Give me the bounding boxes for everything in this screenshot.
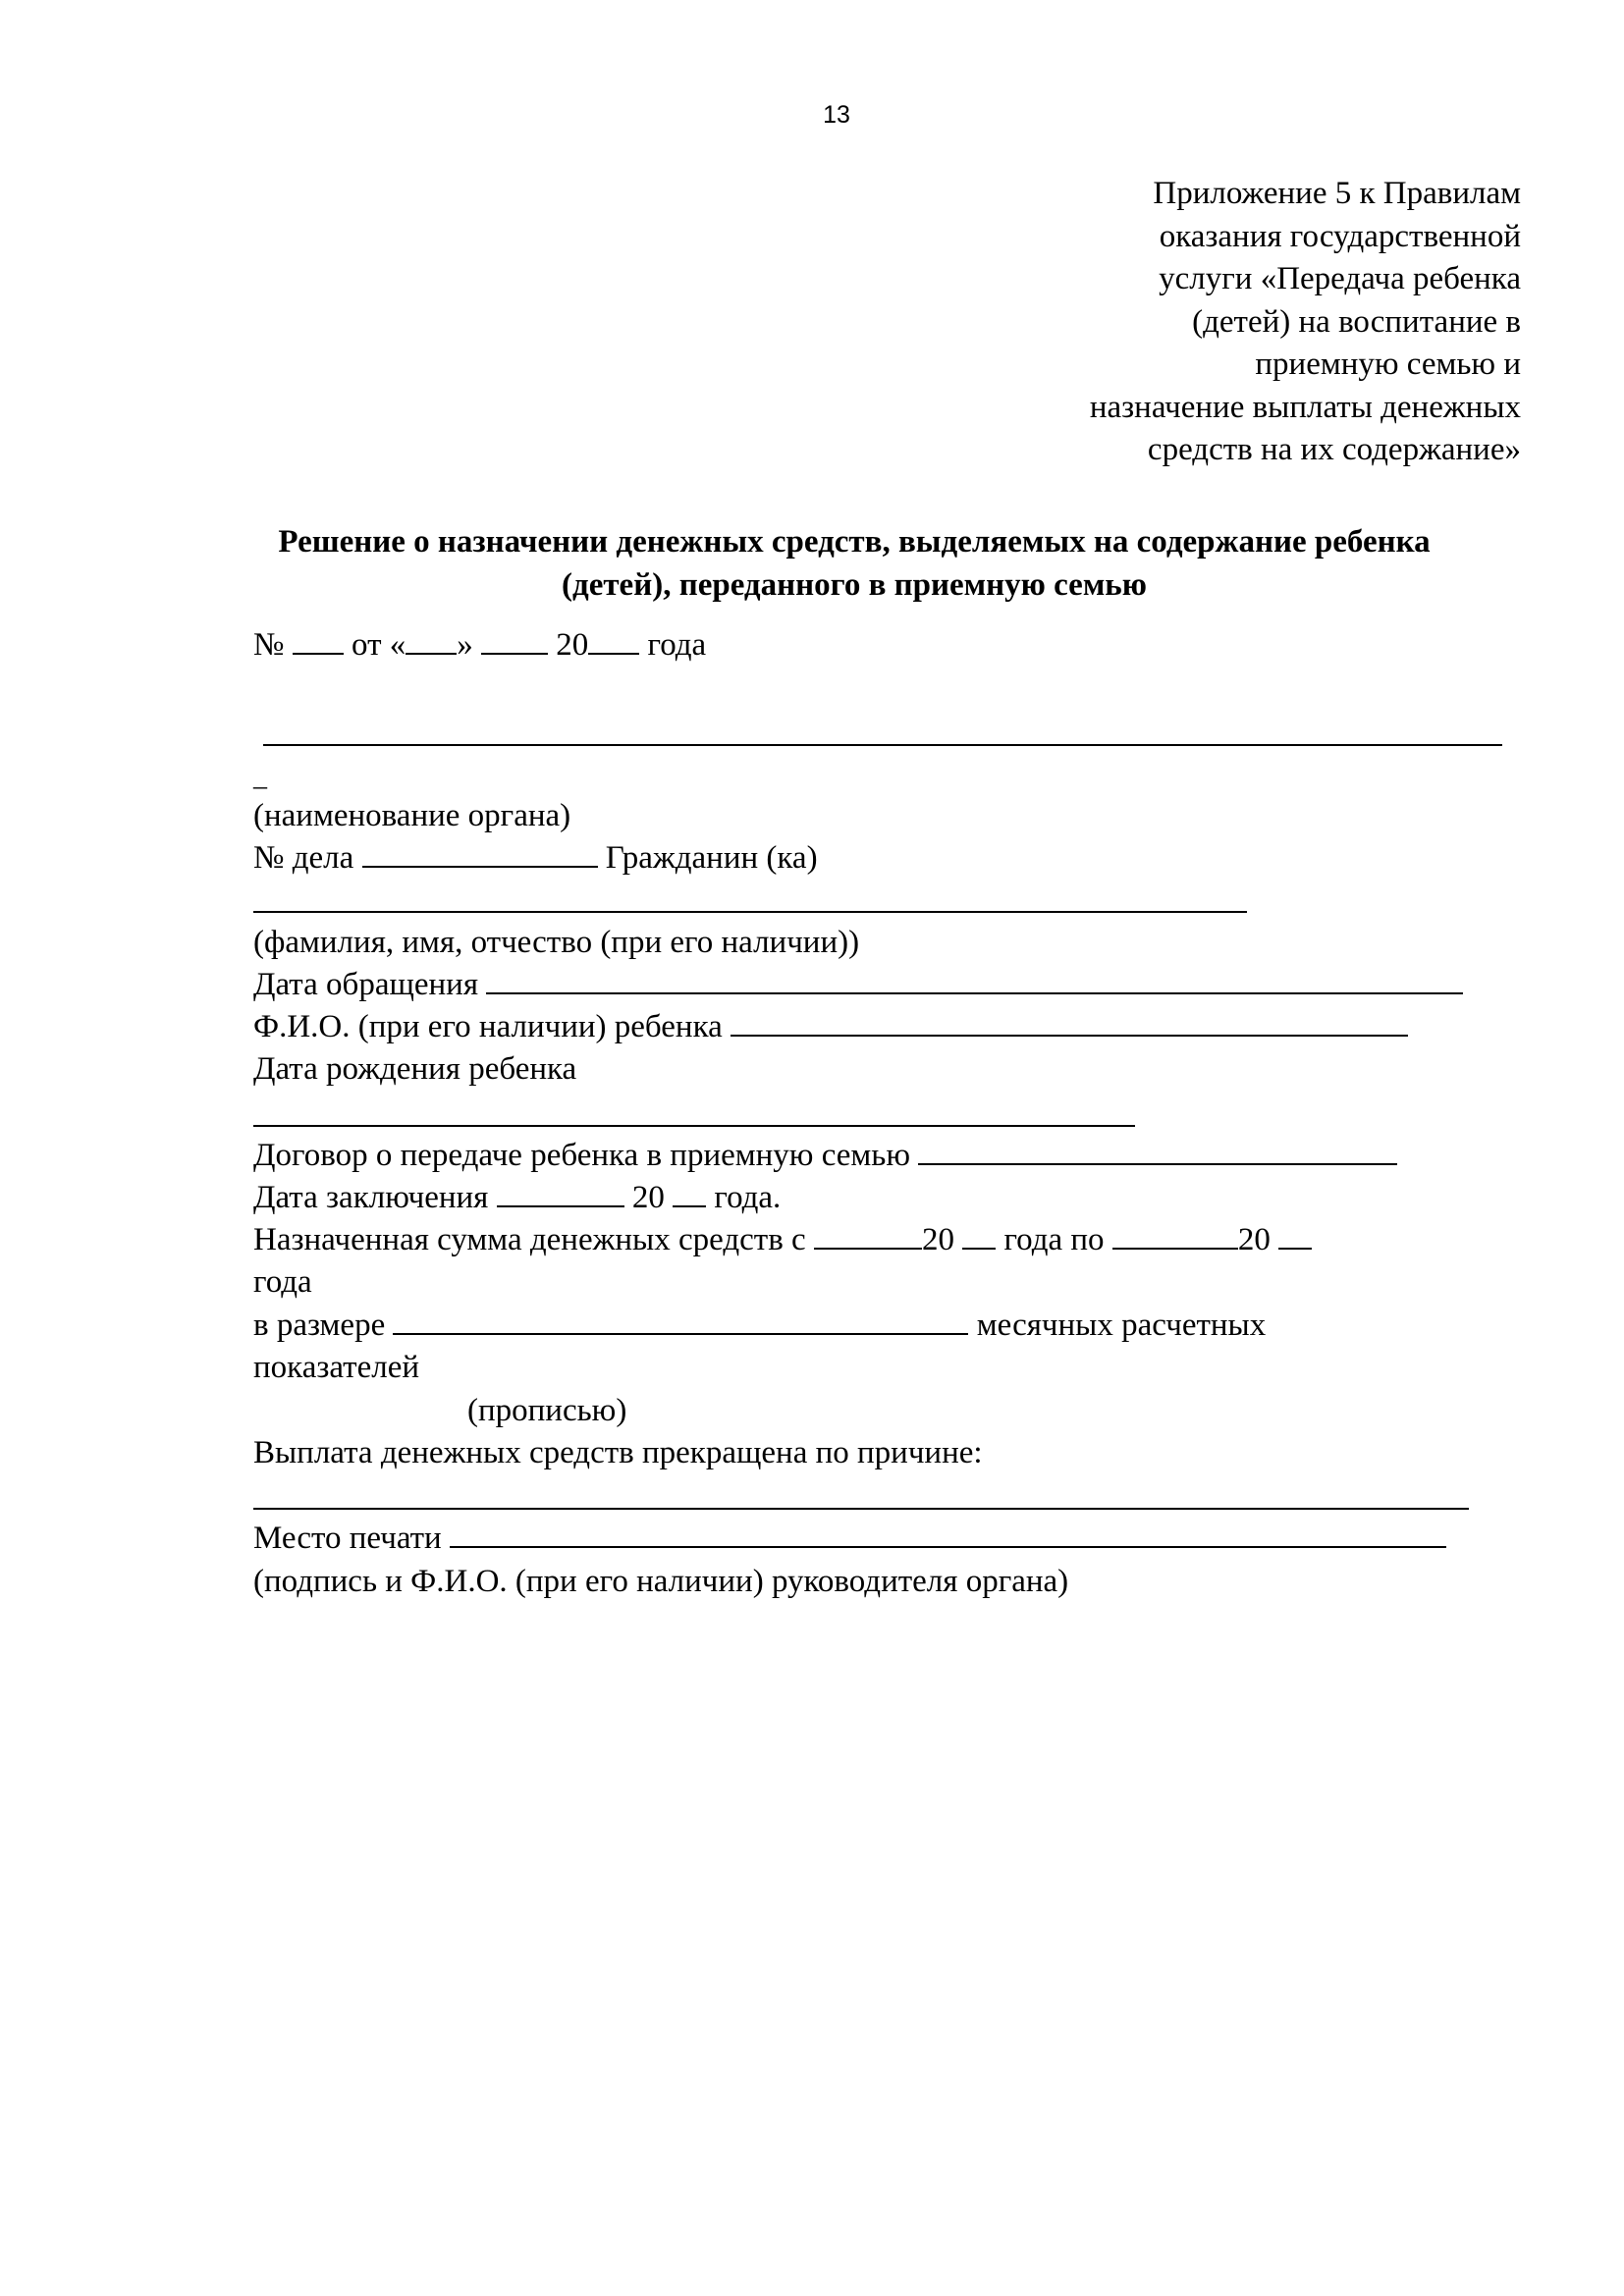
quote-close: »	[457, 627, 473, 663]
authority-caption: (наименование органа)	[253, 795, 570, 837]
sum-to-label: года по	[1003, 1222, 1104, 1257]
conclusion-date-label: Дата заключения	[253, 1180, 488, 1215]
child-birth-label: Дата рождения ребенка	[253, 1048, 576, 1091]
sum-label: Назначенная сумма денежных средств с	[253, 1222, 806, 1257]
decision-number-line: № от «» 20 года	[253, 624, 706, 667]
amount-line: в размере месячных расчетных	[253, 1305, 1266, 1347]
appendix-line: средств на их содержание»	[834, 429, 1521, 472]
seal-label: Место печати	[253, 1521, 442, 1556]
signature-field[interactable]	[450, 1521, 1446, 1548]
sum-year-suffix: года	[253, 1261, 312, 1304]
amount-field[interactable]	[393, 1308, 968, 1335]
appendix-line: назначение выплаты денежных	[834, 387, 1521, 430]
appendix-header: Приложение 5 к Правилам оказания государ…	[834, 173, 1521, 472]
sum-year-prefix-2: 20	[1238, 1222, 1271, 1257]
conclusion-date-line: Дата заключения 20 года.	[253, 1177, 781, 1219]
from-label: от «	[352, 627, 406, 663]
sum-year-prefix-1: 20	[922, 1222, 954, 1257]
case-line: № дела Гражданин (ка)	[253, 837, 818, 880]
child-name-label: Ф.И.О. (при его наличии) ребенка	[253, 1009, 723, 1044]
conclusion-year-suffix: года.	[714, 1180, 781, 1215]
amount-units-cont: показателей	[253, 1347, 419, 1389]
number-label: №	[253, 627, 285, 663]
case-label: № дела	[253, 840, 353, 876]
page-number: 13	[0, 100, 1624, 130]
application-date-label: Дата обращения	[253, 967, 478, 1002]
decision-day-field[interactable]	[406, 627, 457, 655]
document-title: Решение о назначении денежных средств, в…	[167, 520, 1542, 607]
termination-label: Выплата денежных средств прекращена по п…	[253, 1432, 983, 1474]
contract-line: Договор о передаче ребенка в приемную се…	[253, 1135, 1397, 1177]
appendix-line: Приложение 5 к Правилам	[834, 173, 1521, 216]
citizen-caption: (фамилия, имя, отчество (при его наличии…	[253, 922, 859, 964]
conclusion-date-field[interactable]	[497, 1180, 624, 1207]
conclusion-year-prefix: 20	[632, 1180, 665, 1215]
sum-from-date-field[interactable]	[814, 1222, 922, 1250]
overflow-underscore: _	[253, 756, 267, 798]
amount-label: в размере	[253, 1308, 385, 1343]
contract-label: Договор о передаче ребенка в приемную се…	[253, 1138, 910, 1173]
appendix-line: услуги «Передача ребенка	[834, 258, 1521, 301]
appendix-line: оказания государственной	[834, 216, 1521, 259]
decision-year-field[interactable]	[588, 627, 639, 655]
title-line-2: (детей), переданного в приемную семью	[167, 563, 1542, 607]
signature-caption: (подпись и Ф.И.О. (при его наличии) руко…	[253, 1561, 1068, 1603]
year-prefix: 20	[556, 627, 588, 663]
citizen-label: Гражданин (ка)	[606, 840, 818, 876]
amount-caption: (прописью)	[467, 1390, 626, 1432]
contract-field[interactable]	[918, 1138, 1397, 1165]
appendix-line: (детей) на воспитание в	[834, 301, 1521, 345]
case-number-field[interactable]	[362, 840, 598, 868]
termination-reason-field[interactable]	[253, 1508, 1469, 1510]
child-name-line: Ф.И.О. (при его наличии) ребенка	[253, 1006, 1408, 1048]
application-date-field[interactable]	[486, 967, 1463, 994]
child-birth-field[interactable]	[253, 1125, 1135, 1127]
sum-to-date-field[interactable]	[1112, 1222, 1238, 1250]
authority-name-field[interactable]	[263, 744, 1502, 746]
decision-month-field[interactable]	[481, 627, 548, 655]
sum-from-year-field[interactable]	[962, 1222, 996, 1250]
decision-number-field[interactable]	[293, 627, 344, 655]
sum-period-line: Назначенная сумма денежных средств с 20 …	[253, 1219, 1312, 1261]
seal-line: Место печати	[253, 1518, 1446, 1560]
sum-to-year-field[interactable]	[1278, 1222, 1312, 1250]
appendix-line: приемную семью и	[834, 344, 1521, 387]
application-date-line: Дата обращения	[253, 964, 1463, 1006]
citizen-name-field[interactable]	[253, 911, 1247, 913]
amount-units: месячных расчетных	[977, 1308, 1267, 1343]
conclusion-year-field[interactable]	[673, 1180, 706, 1207]
year-suffix: года	[648, 627, 707, 663]
title-line-1: Решение о назначении денежных средств, в…	[167, 520, 1542, 563]
child-name-field[interactable]	[731, 1009, 1408, 1037]
